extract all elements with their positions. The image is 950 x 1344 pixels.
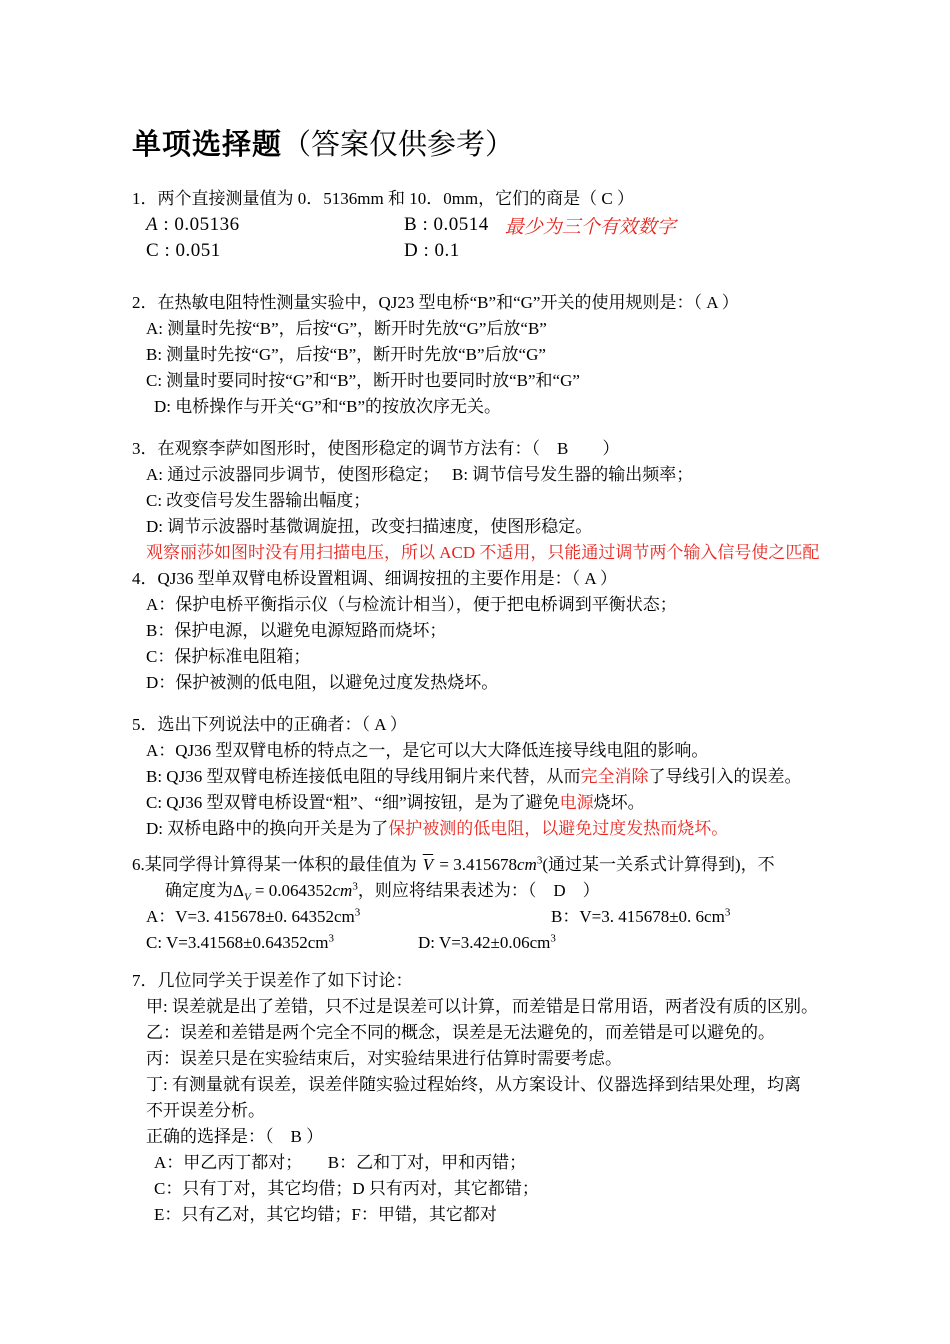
question-5: 5．选出下列说法中的正确者：（ A ） A：QJ36 型双臂电桥的特点之一，是它… <box>132 712 880 842</box>
q4-stem: 4．QJ36 型单双臂电桥设置粗调、细调按扭的主要作用是：（ A ） <box>132 566 880 592</box>
q6-option-d-sup: 3 <box>550 932 556 944</box>
q6-option-b-text: B：V=3. 415678±0. 6cm <box>551 907 725 926</box>
q6-stem-line2: 确定度为ΔV = 0.064352cm3，则应将结果表述为：（ D ） <box>132 878 880 904</box>
document-page: 单项选择题（答案仅供参考） 1．两个直接测量值为 0．5136mm 和 10．0… <box>0 0 950 1344</box>
q6-option-a-sup: 3 <box>355 906 361 918</box>
page-title: 单项选择题（答案仅供参考） <box>132 126 880 164</box>
q6-option-d-text: D: V=3.42±0.06cm <box>418 933 550 952</box>
q7-statement-ding-line1: 丁: 有测量就有误差，误差伴随实验过程始终，从方案设计、仪器选择到结果处理，均离 <box>132 1072 880 1098</box>
q6-stem-text1b: (通过某一关系式计算得到)，不 <box>542 855 774 874</box>
q6-option-c-text: C: V=3.41568±0.64352cm <box>146 933 328 952</box>
q4-option-b: B：保护电源，以避免电源短路而烧坏； <box>132 618 880 644</box>
q1-annotation: 最少为三个有效数字 <box>505 217 676 238</box>
q6-eq1: = 3.415678 <box>435 855 517 874</box>
q1-option-d-value: : 0.1 <box>418 240 460 261</box>
q6-stem-text2b: ，则应将结果表述为：（ D ） <box>358 881 600 900</box>
q6-delta-symbol: Δ <box>233 881 244 900</box>
q1-option-d: D : 0.1 <box>404 240 460 261</box>
question-2: 2．在热敏电阻特性测量实验中，QJ23 型电桥“B”和“G”开关的使用规则是：（… <box>132 290 880 420</box>
q1-option-c-label: C <box>146 240 159 261</box>
q7-statement-ding-line2: 不开误差分析。 <box>132 1098 880 1124</box>
q3-option-d: D: 调节示波器时基微调旋扭，改变扫描速度，使图形稳定。 <box>132 514 880 540</box>
q6-option-c: C: V=3.41568±0.64352cm3 <box>146 930 418 956</box>
q1-options-row-1: A : 0.05136B : 0.0514最少为三个有效数字 <box>132 212 880 238</box>
q7-statement-bing: 丙：误差只是在实验结束后，对实验结果进行估算时需要考虑。 <box>132 1046 880 1072</box>
q2-option-c: C: 测量时要同时按“G”和“B”，断开时也要同时放“B”和“G” <box>132 368 880 394</box>
q6-options-row-1: A：V=3. 415678±0. 64352cm3B：V=3. 415678±0… <box>132 904 880 930</box>
q6-option-c-sup: 3 <box>328 932 334 944</box>
q3-option-c: C: 改变信号发生器输出幅度； <box>132 488 880 514</box>
q5-stem: 5．选出下列说法中的正确者：（ A ） <box>132 712 880 738</box>
q6-unit2: cm <box>333 881 353 900</box>
question-6: 6.某同学得计算得某一体积的最佳值为V = 3.415678cm3(通过某一关系… <box>132 852 880 956</box>
q5-option-b-text: B: QJ36 型双臂电桥连接低电阻的导线用铜片来代替，从而 <box>146 767 580 786</box>
q1-option-b-label: B <box>404 214 417 235</box>
page-title-main: 单项选择题 <box>132 129 282 161</box>
q5-option-a: A：QJ36 型双臂电桥的特点之一，是它可以大大降低连接导线电阻的影响。 <box>132 738 880 764</box>
q6-delta-sub: V <box>244 891 251 903</box>
q5-option-b-tail: 了导线引入的误差。 <box>648 767 801 786</box>
q6-unit1: cm <box>517 855 537 874</box>
q1-option-a-label: A <box>146 214 158 235</box>
q1-option-b: B : 0.0514 <box>404 214 489 235</box>
question-3: 3．在观察李萨如图形时，使图形稳定的调节方法有：（ B ） A: 通过示波器同步… <box>132 436 880 566</box>
q2-stem: 2．在热敏电阻特性测量实验中，QJ23 型电桥“B”和“G”开关的使用规则是：（… <box>132 290 880 316</box>
q1-option-d-label: D <box>404 240 418 261</box>
q6-option-a-text: A：V=3. 415678±0. 64352cm <box>146 907 355 926</box>
question-7: 7．几位同学关于误差作了如下讨论： 甲: 误差就是出了差错，只不过是误差可以计算… <box>132 968 880 1228</box>
q1-stem: 1．两个直接测量值为 0．5136mm 和 10．0mm，它们的商是（ C ） <box>132 186 880 212</box>
q5-option-c: C: QJ36 型双臂电桥设置“粗”、“细”调按钮，是为了避免电源烧坏。 <box>132 790 880 816</box>
q4-option-d: D：保护被测的低电阻，以避免过度发热烧坏。 <box>132 670 880 696</box>
q7-statement-yi: 乙：误差和差错是两个完全不同的概念，误差是无法避免的，而差错是可以避免的。 <box>132 1020 880 1046</box>
q5-option-d-highlight: 保护被测的低电阻，以避免过度发热而烧坏。 <box>388 819 728 838</box>
q6-stem-text1: 6.某同学得计算得某一体积的最佳值为 <box>132 855 417 874</box>
q6-options-row-2: C: V=3.41568±0.64352cm3D: V=3.42±0.06cm3 <box>132 930 880 956</box>
q1-option-c: C : 0.051 <box>146 238 404 264</box>
q1-option-b-value: : 0.0514 <box>417 214 489 235</box>
question-1: 1．两个直接测量值为 0．5136mm 和 10．0mm，它们的商是（ C ） … <box>132 186 880 264</box>
q6-option-b-sup: 3 <box>725 906 731 918</box>
q7-options-cd: C：只有丁对，其它均借；D 只有丙对，其它都错； <box>132 1176 880 1202</box>
q7-options-ef: E：只有乙对，其它均错；F：甲错，其它都对 <box>132 1202 880 1228</box>
q5-option-c-tail: 烧坏。 <box>594 793 645 812</box>
q6-option-a: A：V=3. 415678±0. 64352cm3 <box>146 904 551 930</box>
q3-stem: 3．在观察李萨如图形时，使图形稳定的调节方法有：（ B ） <box>132 436 880 462</box>
q6-vbar-symbol: V <box>421 855 435 874</box>
q7-statement-jia: 甲: 误差就是出了差错，只不过是误差可以计算，而差错是日常用语，两者没有质的区别… <box>132 994 880 1020</box>
q6-option-d: D: V=3.42±0.06cm3 <box>418 933 556 952</box>
q6-stem-text2: 确定度为 <box>165 881 233 900</box>
q6-eq2: = 0.064352 <box>251 881 333 900</box>
document-content: 单项选择题（答案仅供参考） 1．两个直接测量值为 0．5136mm 和 10．0… <box>0 0 950 1228</box>
q7-options-ab: A：甲乙丙丁都对； B：乙和丁对，甲和丙错； <box>132 1150 880 1176</box>
q7-stem: 7．几位同学关于误差作了如下讨论： <box>132 968 880 994</box>
q5-option-c-text: C: QJ36 型双臂电桥设置“粗”、“细”调按钮，是为了避免 <box>146 793 560 812</box>
q2-option-a: A: 测量时先按“B”，后按“G”，断开时先放“G”后放“B” <box>132 316 880 342</box>
q5-option-c-highlight: 电源 <box>560 793 594 812</box>
q5-option-d: D: 双桥电路中的换向开关是为了保护被测的低电阻，以避免过度发热而烧坏。 <box>132 816 880 842</box>
q5-option-d-text: D: 双桥电路中的换向开关是为了 <box>146 819 388 838</box>
q5-option-b-highlight: 完全消除 <box>580 767 648 786</box>
q5-option-b: B: QJ36 型双臂电桥连接低电阻的导线用铜片来代替，从而完全消除了导线引入的… <box>132 764 880 790</box>
page-title-paren: （答案仅供参考） <box>282 129 514 161</box>
q1-option-a: A : 0.05136 <box>146 212 404 238</box>
question-4: 4．QJ36 型单双臂电桥设置粗调、细调按扭的主要作用是：（ A ） A：保护电… <box>132 566 880 696</box>
q2-option-b: B: 测量时先按“G”，后按“B”，断开时先放“B”后放“G” <box>132 342 880 368</box>
q1-options-row-2: C : 0.051D : 0.1 <box>132 238 880 264</box>
q1-option-c-value: : 0.051 <box>159 240 221 261</box>
q6-option-b: B：V=3. 415678±0. 6cm3 <box>551 907 730 926</box>
q1-option-a-value: : 0.05136 <box>158 214 240 235</box>
q4-option-a: A：保护电桥平衡指示仪（与检流计相当），便于把电桥调到平衡状态； <box>132 592 880 618</box>
q6-stem-line1: 6.某同学得计算得某一体积的最佳值为V = 3.415678cm3(通过某一关系… <box>132 852 880 878</box>
q3-annotation: 观察丽莎如图时没有用扫描电压，所以 ACD 不适用，只能通过调节两个输入信号使之… <box>132 540 880 566</box>
q3-options-ab: A: 通过示波器同步调节，使图形稳定； B: 调节信号发生器的输出频率； <box>132 462 880 488</box>
q2-option-d: D: 电桥操作与开关“G”和“B”的按放次序无关。 <box>132 394 880 420</box>
q4-option-c: C：保护标准电阻箱； <box>132 644 880 670</box>
q7-correct-choice: 正确的选择是：（ B ） <box>132 1124 880 1150</box>
